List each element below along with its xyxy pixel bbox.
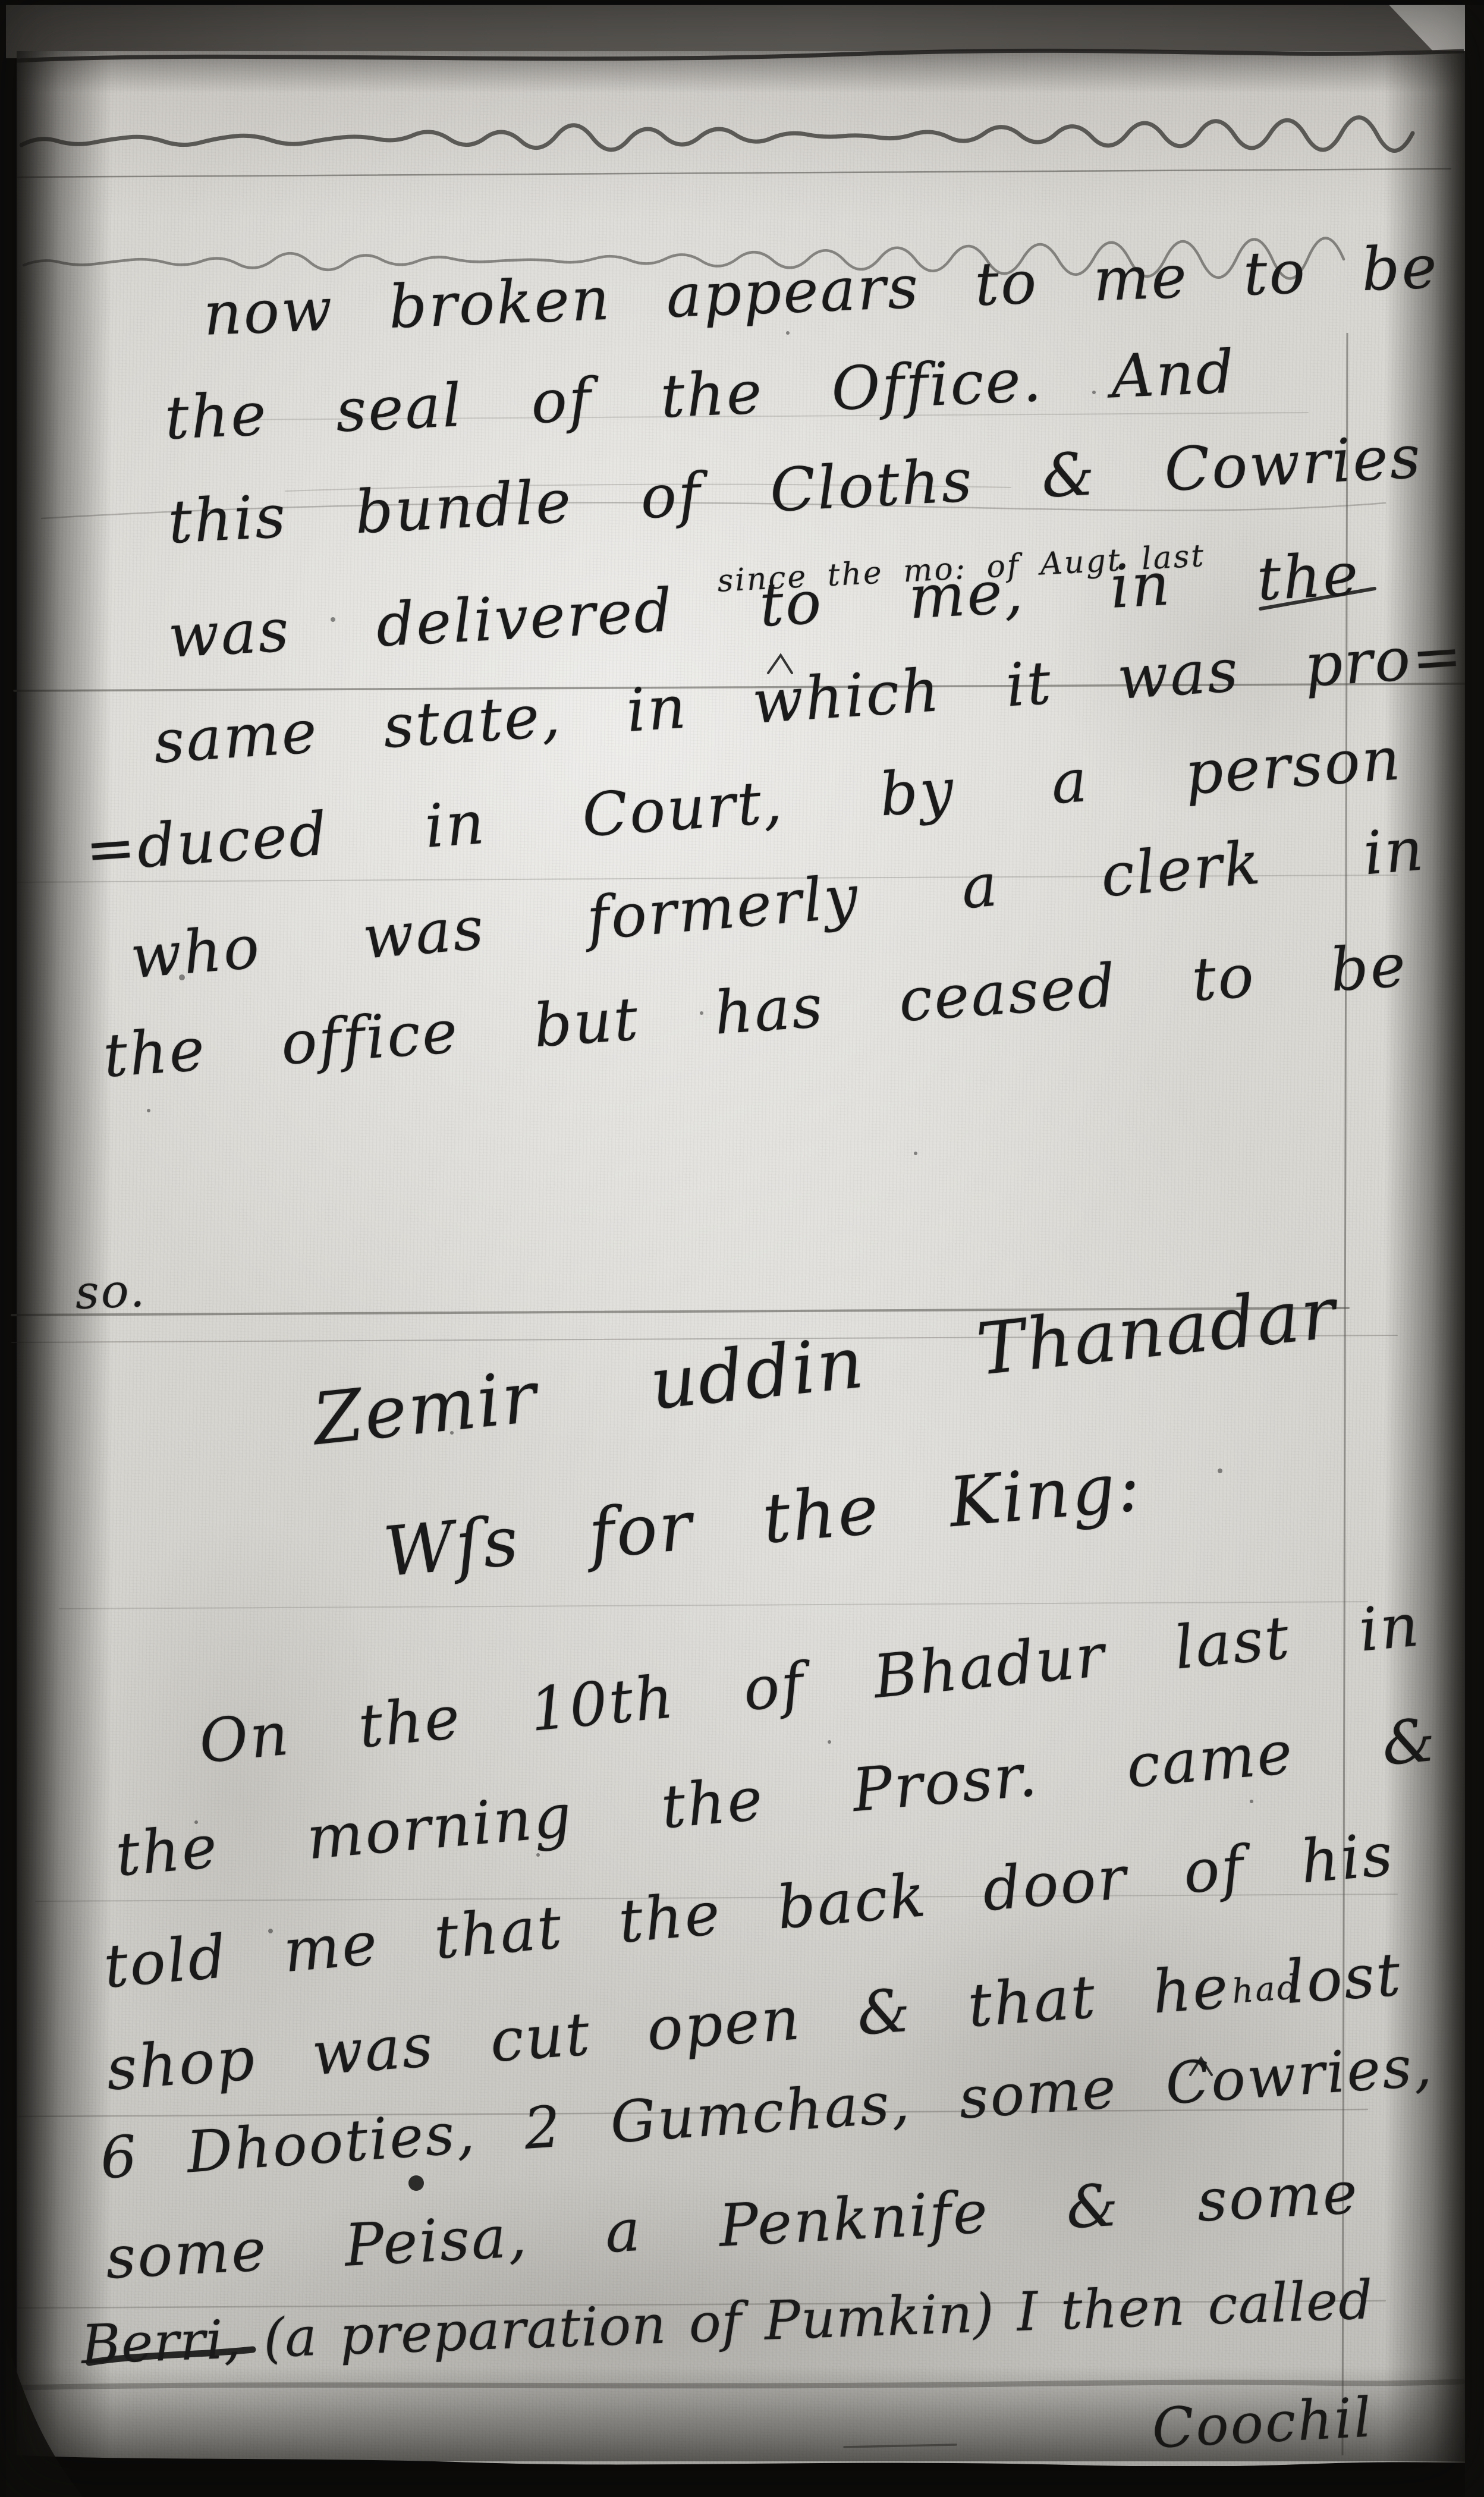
manuscript-scan-page: now broken appears to me to be the seal …	[0, 0, 1484, 2497]
scan-frame-top	[0, 0, 1484, 5]
scan-frame-right	[1465, 0, 1484, 2497]
scan-frame-left	[0, 0, 6, 2497]
bottom-dark-band	[0, 2454, 1484, 2497]
scan-border-layer	[0, 0, 1484, 2497]
